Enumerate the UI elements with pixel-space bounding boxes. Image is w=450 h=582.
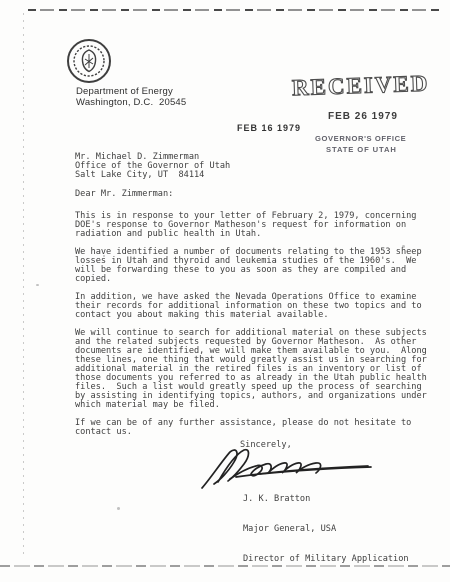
scan-artifact-left-dotted-line: [23, 13, 24, 558]
signer-title: Director of Military Application: [243, 554, 409, 564]
scan-speck: [117, 507, 120, 510]
paragraph-3: In addition, we have asked the Nevada Op…: [75, 293, 431, 320]
doe-date-stamp: FEB 16 1979: [237, 123, 301, 133]
department-of-energy-seal-icon: [66, 37, 112, 85]
letter-body: Mr. Michael D. Zimmerman Office of the G…: [75, 153, 431, 446]
paragraph-5: If we can be of any further assistance, …: [75, 419, 431, 437]
recipient-address: Mr. Michael D. Zimmerman Office of the G…: [75, 153, 431, 180]
received-stamp-office: GOVERNOR'S OFFICE: [315, 134, 406, 143]
signature-block: J. K. Bratton Major General, USA Directo…: [243, 474, 409, 582]
paragraph-1: This is in response to your letter of Fe…: [75, 212, 431, 239]
signer-name: J. K. Bratton: [243, 494, 409, 504]
letterhead-address: Department of Energy Washington, D.C. 20…: [76, 87, 186, 108]
scan-speck: [36, 284, 39, 286]
paragraph-2: We have identified a number of documents…: [75, 248, 431, 284]
paragraph-4: We will continue to search for additiona…: [75, 329, 431, 410]
signer-rank: Major General, USA: [243, 524, 409, 534]
received-stamp-word: RECEIVED: [292, 71, 430, 102]
received-stamp-date: FEB 26 1979: [328, 111, 398, 122]
scanned-letter-page: Department of Energy Washington, D.C. 20…: [0, 0, 450, 582]
scan-artifact-top-line: [28, 9, 443, 11]
salutation: Dear Mr. Zimmerman:: [75, 190, 431, 199]
